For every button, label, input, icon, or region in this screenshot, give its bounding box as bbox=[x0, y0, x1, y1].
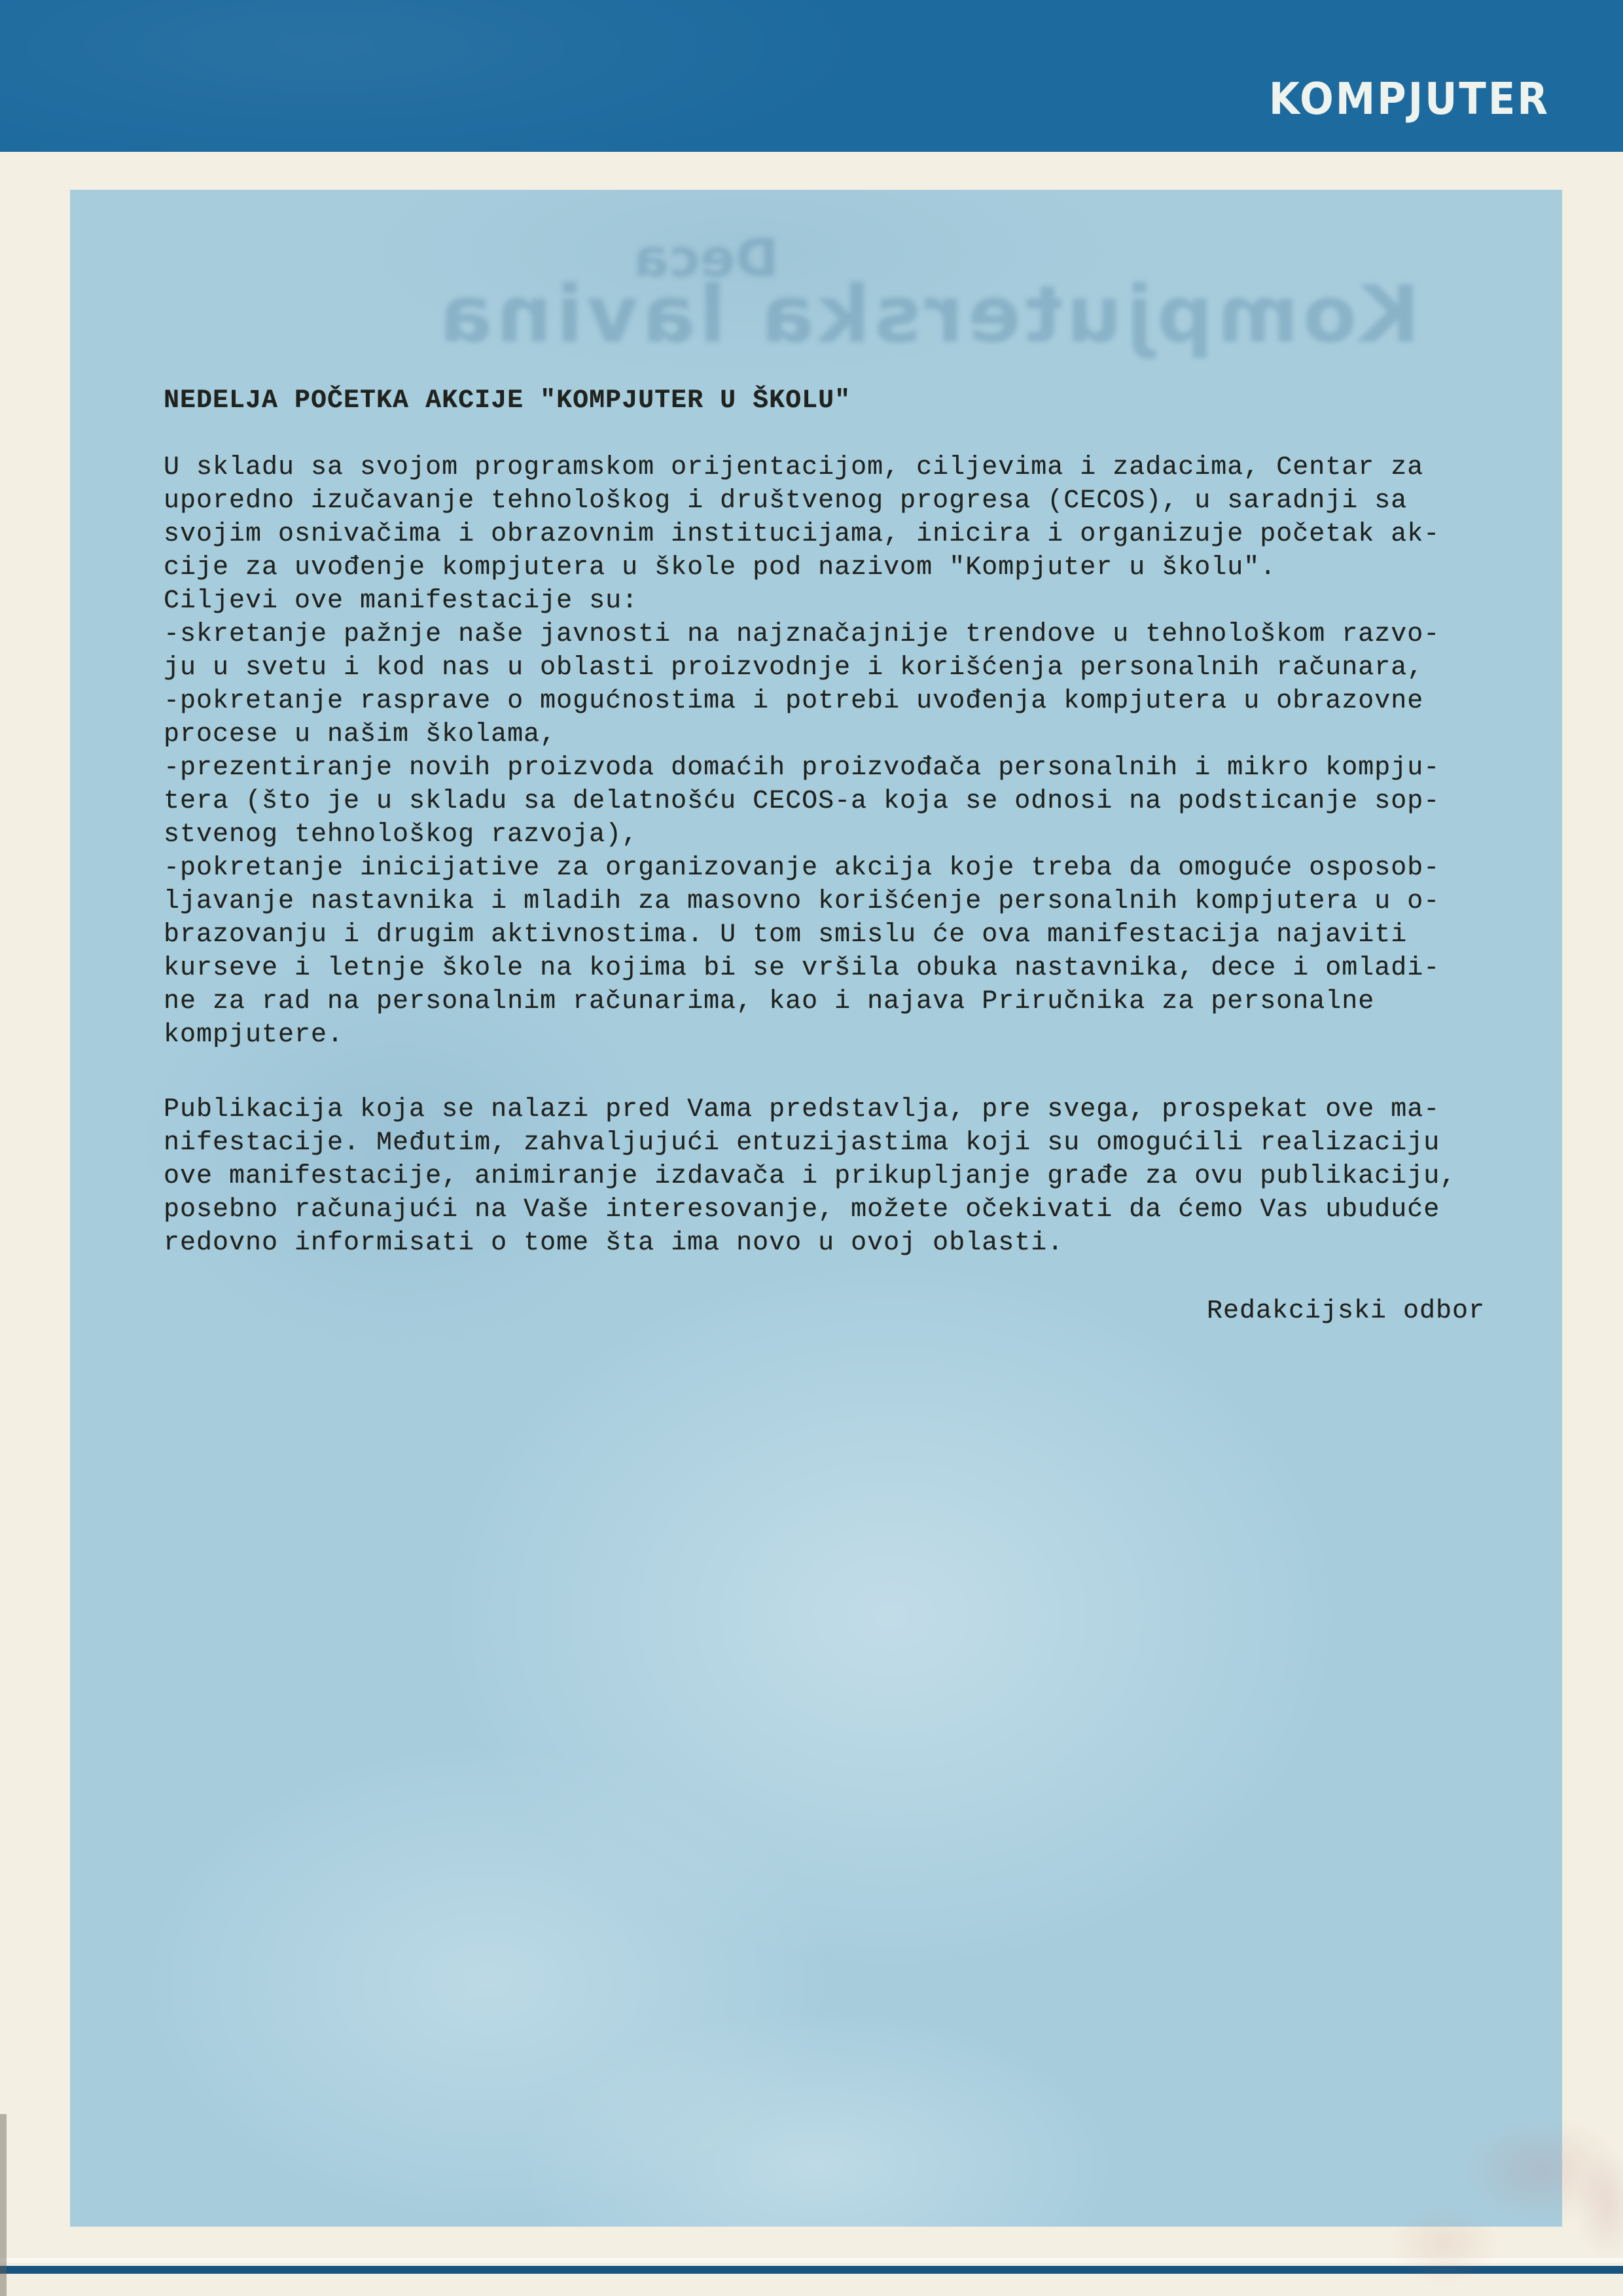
bleedthrough-text-large: Kompjuterska lavina bbox=[484, 276, 1420, 355]
magazine-logo: KOMPJUTER bbox=[1261, 77, 1550, 134]
magazine-page: KOMPJUTER Deca Kompjuterska lavina NEDEL… bbox=[0, 0, 1623, 2296]
paper-crease bbox=[0, 2258, 1623, 2263]
article-signature: Redakcijski odbor bbox=[1207, 1295, 1485, 1328]
bottom-rule bbox=[0, 2266, 1623, 2274]
article-paragraph-2: Publikacija koja se nalazi pred Vama pre… bbox=[164, 1093, 1456, 1260]
article-title: NEDELJA POČETKA AKCIJE "KOMPJUTER U ŠKOL… bbox=[164, 384, 851, 418]
content-panel: Deca Kompjuterska lavina NEDELJA POČETKA… bbox=[70, 190, 1562, 2227]
article-paragraph-1: U skladu sa svojom programskom orijentac… bbox=[164, 451, 1440, 1052]
header-band: KOMPJUTER bbox=[0, 0, 1623, 152]
